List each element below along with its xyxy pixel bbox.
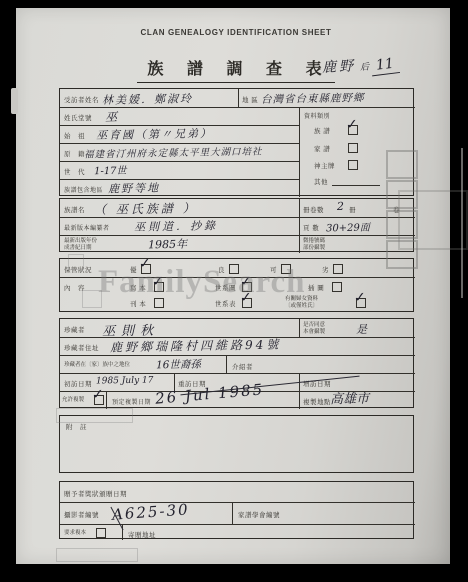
divider [60, 373, 415, 374]
field-label-keeper-address: 珍藏者住址 [64, 343, 99, 352]
check-mark-women-data: ✓ [352, 289, 368, 305]
field-label-generations: 世 代 [64, 167, 85, 176]
microfilm-line1: 微捲號碼 [303, 238, 325, 244]
form-title-zh: 族 譜 調 查 表 [137, 56, 334, 83]
stamp-mark [386, 150, 418, 179]
field-value-genealogy-title: （ 巫氏族譜 ） [94, 199, 198, 218]
consent-line2: 本會攝製 [303, 329, 325, 335]
field-value-ancestor: 巫育國（第〃兄弟） [96, 125, 213, 143]
page-reference-handwritten: 鹿野后11 [322, 53, 400, 78]
pub-year-line1: 最新出版年份 [64, 238, 97, 244]
consent-line1: 是否同意 [303, 322, 325, 328]
checkbox-label-other: 其他 [314, 177, 328, 186]
field-value-area: 台灣省台東縣鹿野鄉 [261, 90, 365, 107]
field-label-coverage: 族譜包含地區 [64, 185, 103, 194]
table-admin: 贈予者獎狀頒贈日期 攝影者編號 A625-30 家譜學會編號 要求複本 ✓ 寄贈… [59, 481, 414, 539]
field-label-interviewee: 受訪者姓名 [64, 95, 99, 104]
field-value-volumes: 2 [337, 200, 344, 213]
condition-label-poor: 劣 [322, 265, 329, 274]
field-value-surname: 巫 [105, 108, 117, 125]
field-value-interviewee: 林美媛．鄭淑玲 [102, 90, 193, 108]
field-value-keeper-position: 16世裔孫 [156, 357, 201, 373]
table-identification: 受訪者姓名 林美媛．鄭淑玲 地 區 台灣省台東縣鹿野鄉 姓氏堂號 巫 始 祖 巫… [59, 88, 414, 196]
field-label-data-class: 資料類別 [304, 111, 330, 120]
divider [60, 502, 415, 503]
checkbox-ancestral-tablet [348, 160, 358, 170]
field-label-editor: 最新版本編纂者 [64, 223, 110, 232]
field-label-introducer: 介紹者 [232, 362, 253, 371]
stamp-mark [56, 548, 138, 562]
unit-label-volume: 冊 [349, 205, 356, 214]
divider [60, 235, 415, 236]
check-mark-clan-genealogy: ✓ [344, 116, 360, 132]
field-label-copy-permission: 允許複製 [62, 397, 84, 404]
checkbox-label-ancestral-tablet: 神主牌 [314, 161, 335, 170]
divider [299, 199, 300, 253]
field-label-consent: 是否同意本會攝製 [303, 322, 325, 335]
familysearch-watermark: FamilySearch [98, 264, 306, 301]
sheet-title-en: CLAN GENEALOGY IDENTIFICATION SHEET [56, 28, 416, 37]
field-value-editor: 巫則道．抄錄 [134, 217, 218, 234]
divider [232, 502, 233, 524]
checkbox-label-family-genealogy: 家 譜 [314, 144, 330, 153]
table-keeper-visits: 珍藏者 巫則秋 是否同意本會攝製 是 珍藏者住址 鹿野鄉瑞隆村四維路94號 珍藏… [59, 318, 414, 408]
field-value-photographer-no: A625-30 [111, 500, 190, 523]
field-value-copy-date: 26 Jul 1985 [154, 380, 264, 407]
field-value-pub-year: 1985年 [148, 236, 187, 253]
microfilm-line2: 部份攝製 [303, 245, 325, 251]
field-label-surname: 姓氏堂號 [64, 113, 92, 122]
checkbox-label-clan-genealogy: 族 譜 [314, 126, 330, 135]
field-label-send-address: 寄贈地址 [128, 530, 156, 539]
page-ref-number: 11 [370, 55, 400, 76]
field-label-area: 地 區 [242, 95, 258, 104]
contents-label-illustrations: 插 圖 [308, 283, 324, 292]
field-value-pages: 30+29面 [326, 219, 370, 235]
stamp-mark [398, 190, 468, 250]
women-data-note: 〔或僅姓氏〕 [285, 303, 318, 309]
stamp-mark [56, 408, 133, 423]
divider [226, 355, 227, 373]
field-label-copy-request: 要求複本 [64, 530, 86, 537]
field-value-origin: 福建省汀州府永定縣太平里大湖口培社 [84, 143, 263, 160]
stamp-mark [82, 290, 102, 308]
divider [299, 107, 300, 197]
field-label-keeper: 珍藏者 [64, 325, 85, 334]
field-label-copy-date: 預定複製日期 [112, 397, 151, 406]
divider [60, 179, 299, 180]
pub-year-line2: 成書紀日期 [64, 245, 92, 251]
field-value-keeper: 巫則秋 [102, 320, 159, 340]
divider [60, 524, 415, 525]
field-label-pages: 頁 數 [303, 223, 319, 232]
field-label-first-visit: 初訪日期 [64, 379, 92, 388]
field-value-keeper-address: 鹿野鄉瑞隆村四維路94號 [110, 336, 282, 356]
divider [299, 391, 300, 409]
field-value-generations: 1-17世 [94, 162, 127, 178]
scanned-page: CLAN GENEALOGY IDENTIFICATION SHEET 族 譜 … [0, 0, 468, 582]
divider [238, 89, 239, 107]
field-label-pub-year: 最新出版年份成書紀日期 [64, 238, 97, 251]
remarks-box: 附 註 [59, 415, 414, 473]
checkbox-poor [333, 264, 343, 274]
scan-edge-artifact [11, 88, 18, 114]
field-value-consent: 是 [356, 321, 367, 337]
divider [106, 391, 107, 409]
scan-edge-artifact [461, 148, 463, 298]
divider [60, 143, 299, 144]
checkbox-family-genealogy [348, 143, 358, 153]
field-label-remarks: 附 註 [66, 422, 87, 431]
field-label-society-no: 家譜學會編號 [238, 510, 280, 519]
stamp-mark [68, 254, 84, 270]
check-mark-copy-permission: ✓ [90, 386, 106, 402]
checkbox-copy-request [96, 528, 106, 538]
field-label-award-date: 贈予者獎狀頒贈日期 [64, 489, 127, 498]
checkbox-illustrations [332, 282, 342, 292]
page-ref-mid: 后 [360, 63, 370, 73]
field-label-photographer-no: 攝影者編號 [64, 510, 99, 519]
field-label-ancestor: 始 祖 [64, 131, 85, 140]
field-label-genealogy-title: 族譜名 [64, 205, 85, 214]
field-label-copy-place: 複製地點 [303, 397, 331, 406]
document-paper: CLAN GENEALOGY IDENTIFICATION SHEET 族 譜 … [16, 8, 450, 564]
page-ref-place: 鹿野 [322, 58, 357, 76]
field-value-first-visit: 1985 July 17 [96, 375, 154, 386]
field-label-origin: 原 籍 [64, 149, 85, 158]
field-value-coverage: 鹿野等地 [108, 180, 160, 197]
divider [299, 319, 300, 337]
field-label-microfilm: 微捲號碼部份攝製 [303, 238, 325, 251]
table-volume-info: 族譜名 （ 巫氏族譜 ） 冊卷數 2 冊 卷 最新版本編纂者 巫則道．抄錄 頁 … [59, 198, 414, 252]
field-label-keeper-position: 珍藏者在〔家〕族中之地位 [64, 362, 130, 369]
field-label-volumes: 冊卷數 [303, 205, 324, 214]
other-blank-line [332, 185, 380, 186]
field-value-copy-place: 高雄市 [330, 388, 369, 408]
